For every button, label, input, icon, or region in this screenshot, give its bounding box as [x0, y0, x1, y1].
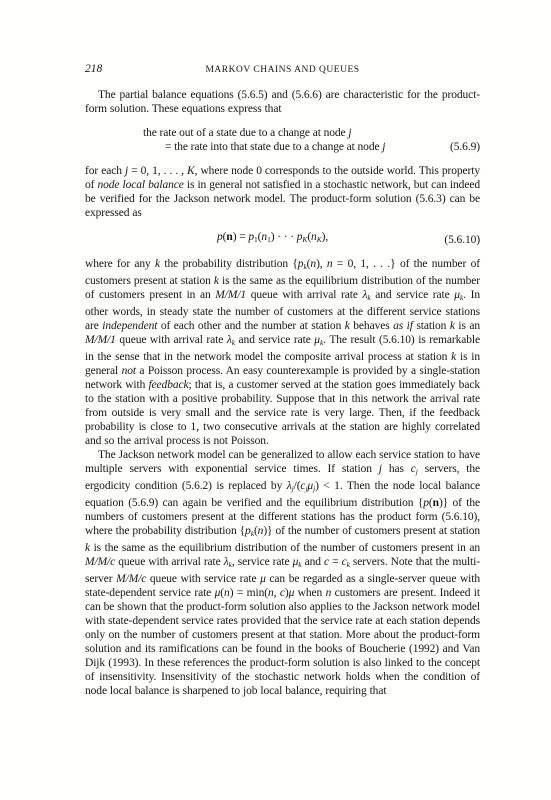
text-segment: M/M/1: [215, 289, 246, 301]
text-segment: j: [348, 127, 351, 139]
text-segment: ) =: [233, 231, 249, 243]
text-segment: as if: [393, 320, 413, 332]
text-segment: queue with arrival rate: [116, 334, 227, 346]
text-segment: )} of the number of customers present at…: [263, 525, 480, 537]
text-segment: node local balance: [97, 179, 183, 191]
text-segment: = the rate into that state due to a chan…: [165, 141, 382, 153]
equation-number: (5.6.10): [444, 233, 480, 247]
page-header: 218 MARKOV CHAINS AND QUEUES: [85, 63, 480, 79]
text-segment: independent: [102, 320, 157, 332]
text-segment: ) = min(: [230, 587, 268, 599]
text-segment: and service rate: [371, 289, 455, 301]
display-equation: p(n) = p1(n1) · · · pK(nK),(5.6.10): [85, 230, 480, 247]
text-segment: feedback: [148, 379, 188, 391]
equation-line: = the rate into that state due to a chan…: [165, 140, 480, 154]
text-segment: where for any: [85, 258, 155, 270]
text-segment: the probability distribution {: [160, 258, 298, 270]
text-segment: and: [302, 556, 324, 568]
text-segment: behaves: [350, 320, 393, 332]
text-segment: = 0, 1, . . . ,: [128, 165, 187, 177]
text-segment: and service rate: [235, 334, 314, 346]
text-segment: station: [413, 320, 450, 332]
text-segment: not: [122, 365, 136, 377]
text-segment: M/M/1: [85, 334, 116, 346]
text-segment: =: [329, 556, 342, 568]
text-segment: for each: [85, 165, 125, 177]
text-segment: customers are present. Indeed it can be …: [85, 587, 480, 697]
text-segment: j: [382, 141, 385, 153]
text-segment: is an: [455, 320, 480, 332]
equation-number: (5.6.9): [450, 140, 480, 154]
paragraph: where for any k the probability distribu…: [85, 257, 480, 448]
paragraph: The partial balance equations (5.6.5) an…: [85, 88, 480, 116]
paragraph: The Jackson network model can be general…: [85, 448, 480, 698]
page-body: The partial balance equations (5.6.5) an…: [85, 88, 480, 698]
text-segment: queue with arrival rate: [246, 289, 362, 301]
text-segment: M/M/c: [116, 573, 146, 585]
equation-line: the rate out of a state due to a change …: [143, 126, 480, 140]
text-segment: ) · · ·: [271, 231, 297, 243]
paragraph: for each j = 0, 1, . . . , K, where node…: [85, 164, 480, 220]
text-segment: K: [187, 165, 195, 177]
text-segment: of each other and the number at station: [157, 320, 344, 332]
text-segment: queue with arrival rate: [115, 556, 224, 568]
text-segment: when: [294, 587, 325, 599]
text-segment: M/M/c: [85, 556, 115, 568]
text-segment: The partial balance equations (5.6.5) an…: [85, 89, 480, 115]
text-segment: ),: [316, 258, 327, 270]
display-equation: the rate out of a state due to a change …: [85, 126, 480, 154]
text-segment: the rate out of a state due to a change …: [143, 127, 348, 139]
text-segment: queue with service rate: [146, 573, 260, 585]
book-page: 218 MARKOV CHAINS AND QUEUES The partial…: [0, 0, 551, 800]
text-segment: , service rate: [232, 556, 293, 568]
running-header: MARKOV CHAINS AND QUEUES: [85, 65, 480, 75]
text-segment: is the same as the equilibrium distribut…: [90, 542, 480, 554]
equation-line: p(n) = p1(n1) · · · pK(nK),: [217, 230, 480, 247]
text-segment: ),: [322, 231, 329, 243]
text-segment: has: [382, 463, 411, 475]
